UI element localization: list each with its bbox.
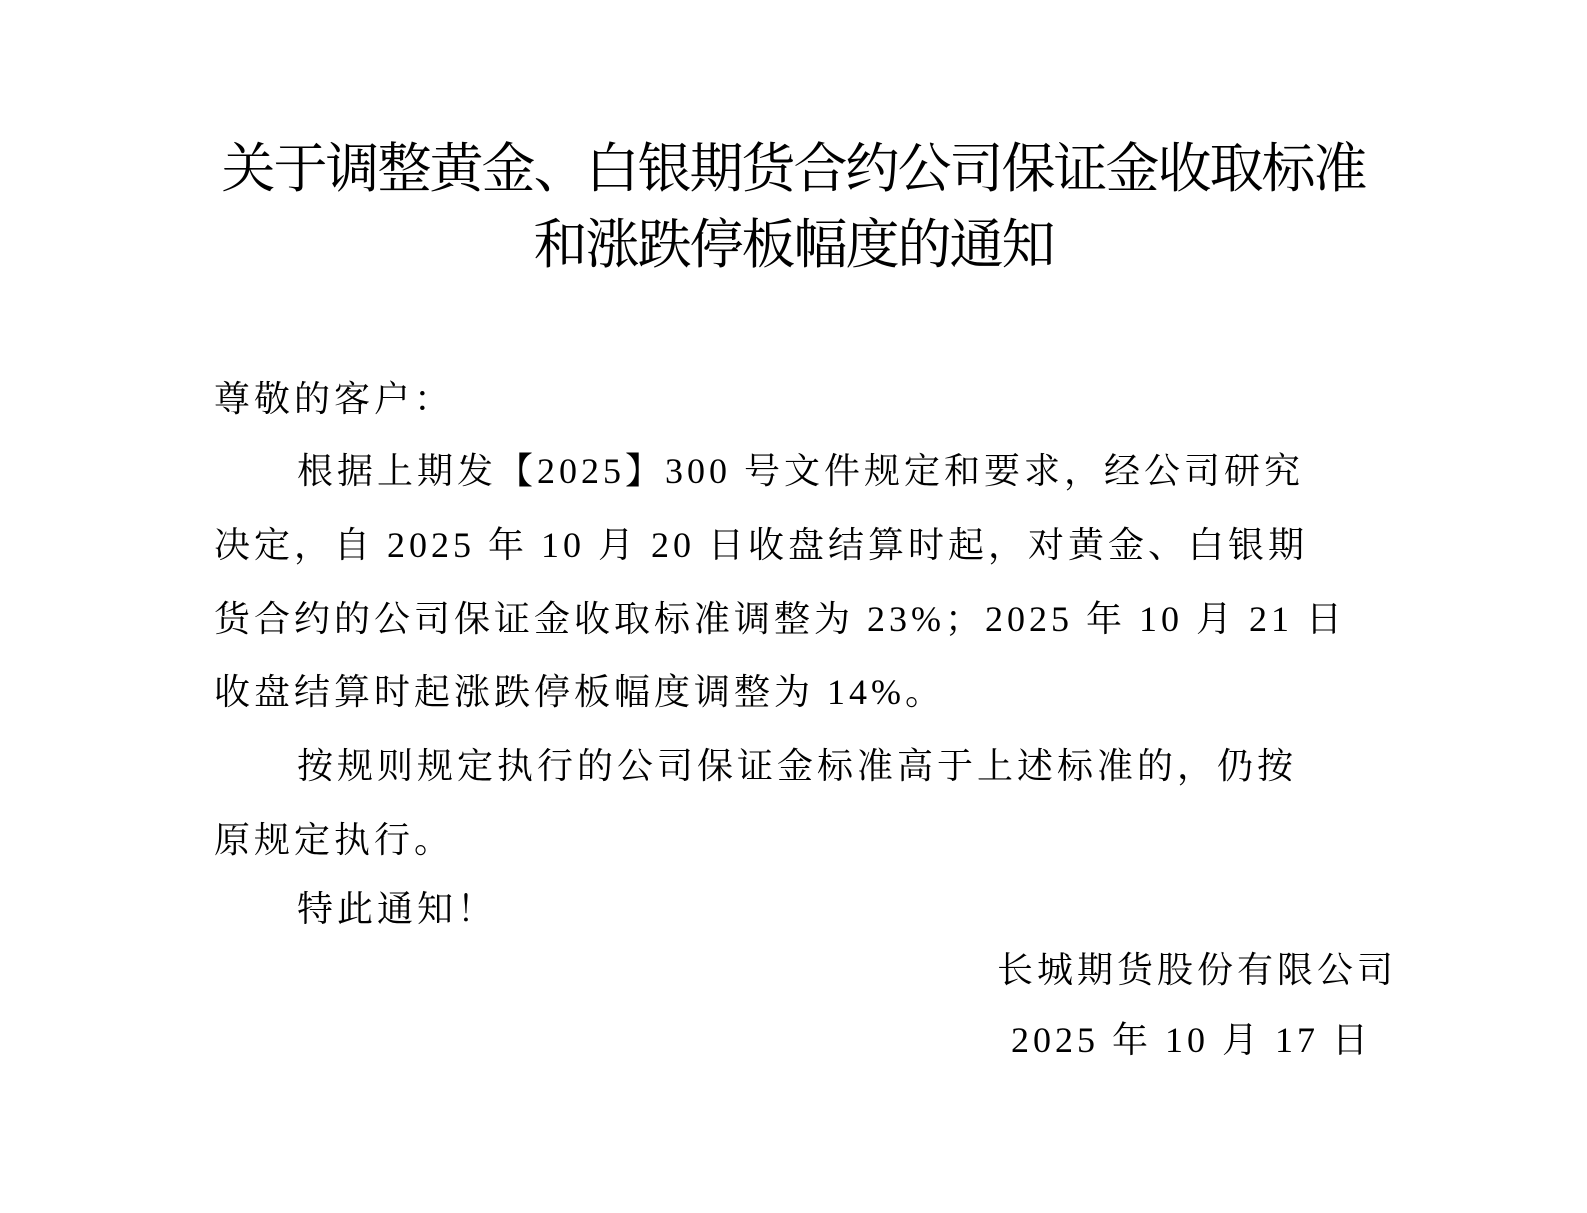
paragraph-1-line-4: 收盘结算时起涨跌停板幅度调整为 14%。 <box>214 667 945 717</box>
paragraph-2-line-2: 原规定执行。 <box>214 815 454 865</box>
closing-text: 特此通知！ <box>297 884 497 934</box>
paragraph-1-line-3: 货合约的公司保证金收取标准调整为 23%；2025 年 10 月 21 日 <box>214 594 1346 644</box>
signature-company: 长城期货股份有限公司 <box>997 945 1397 995</box>
notice-title-line-1: 关于调整黄金、白银期货合约公司保证金收取标准 <box>0 134 1587 204</box>
notice-title-line-2: 和涨跌停板幅度的通知 <box>0 210 1587 280</box>
salutation: 尊敬的客户： <box>214 374 454 424</box>
paragraph-2-line-1: 按规则规定执行的公司保证金标准高于上述标准的，仍按 <box>297 741 1297 791</box>
paragraph-1-line-2: 决定，自 2025 年 10 月 20 日收盘结算时起，对黄金、白银期 <box>214 520 1308 570</box>
signature-date: 2025 年 10 月 17 日 <box>1011 1015 1372 1065</box>
paragraph-1-line-1: 根据上期发【2025】300 号文件规定和要求，经公司研究 <box>297 446 1304 496</box>
